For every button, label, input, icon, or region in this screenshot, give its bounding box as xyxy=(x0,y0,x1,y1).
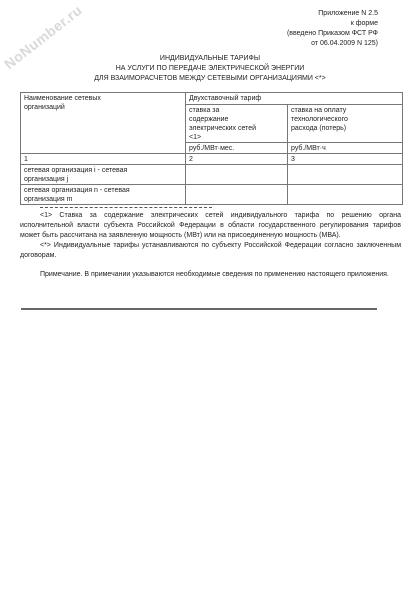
column-number-cell: 3 xyxy=(288,154,403,165)
document-title-line: НА УСЛУГИ ПО ПЕРЕДАЧЕ ЭЛЕКТРИЧЕСКОЙ ЭНЕР… xyxy=(0,64,420,74)
appendix-header: Приложение N 2.5 к форме (введено Приказ… xyxy=(287,9,378,49)
org-pair-cell: сетевая организация i - сетевая организа… xyxy=(21,165,186,185)
table-header-row: Наименование сетевых организаций Двухста… xyxy=(21,93,403,105)
appendix-header-line: к форме xyxy=(287,19,378,29)
document-title-line: ДЛЯ ВЗАИМОРАСЧЕТОВ МЕЖДУ СЕТЕВЫМИ ОРГАНИ… xyxy=(0,74,420,84)
column-number-cell: 1 xyxy=(21,154,186,165)
footnote-asterisk: <*> Индивидуальные тарифы устанавливаютс… xyxy=(20,241,401,261)
table-row: сетевая организация n - сетевая организа… xyxy=(21,185,403,205)
losses-rate-value-cell xyxy=(288,165,403,185)
losses-rate-value-cell xyxy=(288,185,403,205)
tariff-table: Наименование сетевых организаций Двухста… xyxy=(20,92,403,205)
appendix-header-line: от 06.04.2009 N 125) xyxy=(287,39,378,49)
table-row: сетевая организация i - сетевая организа… xyxy=(21,165,403,185)
bottom-divider-line xyxy=(21,308,377,310)
units-cell-maintenance: руб./МВт·мес. xyxy=(186,143,288,154)
header-cell-losses-rate: ставка на оплату технологического расход… xyxy=(288,105,403,143)
column-number-cell: 2 xyxy=(186,154,288,165)
document-page: NoNumber.ru Приложение N 2.5 к форме (вв… xyxy=(0,0,420,600)
header-cell-two-rate-tariff: Двухставочный тариф xyxy=(186,93,403,105)
maintenance-rate-value-cell xyxy=(186,185,288,205)
table-column-numbers-row: 1 2 3 xyxy=(21,154,403,165)
appendix-header-line: (введено Приказом ФСТ РФ xyxy=(287,29,378,39)
maintenance-rate-value-cell xyxy=(186,165,288,185)
header-cell-org-names: Наименование сетевых организаций xyxy=(21,93,186,154)
footnote-separator-line xyxy=(40,207,212,208)
note-paragraph: Примечание. В примечании указываются нео… xyxy=(20,270,401,280)
footnotes-section: <1> Ставка за содержание электрических с… xyxy=(20,203,401,280)
footnote-1: <1> Ставка за содержание электрических с… xyxy=(20,211,401,241)
header-cell-maintenance-rate: ставка за содержание электрических сетей… xyxy=(186,105,288,143)
appendix-header-line: Приложение N 2.5 xyxy=(287,9,378,19)
document-title: ИНДИВИДУАЛЬНЫЕ ТАРИФЫ НА УСЛУГИ ПО ПЕРЕД… xyxy=(0,54,420,84)
units-cell-losses: руб./МВт·ч xyxy=(288,143,403,154)
org-pair-cell: сетевая организация n - сетевая организа… xyxy=(21,185,186,205)
document-title-line: ИНДИВИДУАЛЬНЫЕ ТАРИФЫ xyxy=(0,54,420,64)
